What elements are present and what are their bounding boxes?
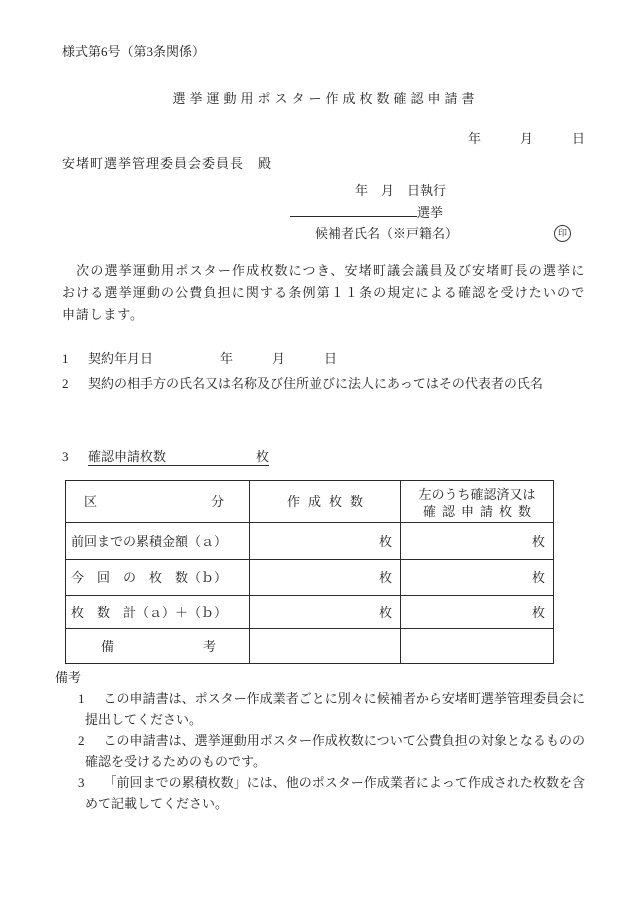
note-text: この申請書は、選挙運動用ポスター作成枚数について公費負担の対象となるものの確認を… [85,733,585,769]
table-row-total: 枚 数 計（ａ）＋（ｂ） 枚 枚 [66,596,554,629]
item-label: 契約の相手方の氏名又は名称及び住所並びに法人にあってはその代表者の氏名 [88,376,543,391]
note-item-3: 3「前回までの累積枚数」には、他のポスター作成業者によって作成された枚数を含めて… [62,772,585,814]
application-paragraph: 次の選挙運動用ポスター作成枚数につき、安堵町議会議員及び安堵町長の選挙における選… [62,260,585,326]
note-item-2: 2この申請書は、選挙運動用ポスター作成枚数について公費負担の対象となるものの確認… [62,730,585,772]
application-date-line: 年 月 日 [62,128,585,149]
item-number: 3 [62,446,88,467]
remarks-label-cell: 備 考 [66,629,250,664]
confirmed-count-cell: 枚 [401,560,554,596]
note-number: 2 [78,733,85,748]
candidate-name-label: 候補者氏名（※戸籍名） [315,226,458,241]
table-row-previous-total: 前回までの累積金額（ａ） 枚 枚 [66,523,554,560]
document-page: 様式第6号（第3条関係） 選挙運動用ポスター作成枚数確認申請書 年 月 日 安堵… [0,0,630,903]
remarks-empty-cell [401,629,554,664]
header-confirmed-count: 左のうち確認済又は 確認申請枚数 [401,481,554,523]
item-number: 2 [62,373,88,394]
header-confirmed-line2: 確認申請枚数 [401,503,553,520]
header-category-right: 分 [211,491,224,512]
seal-text: 印 [558,228,567,238]
row-label: 枚 数 計（ａ）＋（ｂ） [66,596,250,629]
election-name-blank [290,201,417,217]
addressee-line: 安堵町選挙管理委員会委員長 殿 [62,153,585,174]
requested-count-underlined: 確認申請枚数枚 [88,449,269,466]
note-number: 1 [78,691,85,706]
remarks-right: 考 [203,636,216,657]
item-number: 1 [62,348,88,369]
made-count-cell: 枚 [250,560,401,596]
made-count-cell: 枚 [250,523,401,560]
table-header-row: 区 分 作成枚数 左のうち確認済又は 確認申請枚数 [66,481,554,523]
table-row-current-count: 今 回 の 枚 数（ｂ） 枚 枚 [66,560,554,596]
notes-heading: 備考 [55,667,585,688]
election-execution-date: 年 月 日執行 [355,180,585,201]
header-confirmed-line1: 左のうち確認済又は [401,484,553,503]
row-label: 前回までの累積金額（ａ） [66,523,250,560]
item-contract-date: 1契約年月日年 月 日 [62,348,585,369]
made-count-cell: 枚 [250,596,401,629]
item-requested-count: 3確認申請枚数枚 [62,446,585,467]
table-row-remarks: 備 考 [66,629,554,664]
confirmed-count-cell: 枚 [401,596,554,629]
seal-stamp-icon: 印 [554,225,571,242]
candidate-name-line: 候補者氏名（※戸籍名） 印 [315,223,585,244]
note-item-1: 1この申請書は、ポスター作成業者ごとに別々に候補者から安堵町選挙管理委員会に提出… [62,688,585,730]
remarks-left: 備 [101,636,114,657]
header-category-left: 区 [84,491,97,512]
election-name-line: 選挙 [290,201,585,223]
row-label: 今 回 の 枚 数（ｂ） [66,560,250,596]
note-text: 「前回までの累積枚数」には、他のポスター作成業者によって作成された枚数を含めて記… [85,775,585,811]
item-label: 契約年月日 [88,351,153,366]
header-category: 区 分 [66,481,250,523]
note-text: この申請書は、ポスター作成業者ごとに別々に候補者から安堵町選挙管理委員会に提出し… [85,691,585,727]
election-label: 選挙 [417,205,443,220]
contract-date-blanks: 年 月 日 [220,351,337,366]
note-number: 3 [78,775,85,790]
poster-count-table: 区 分 作成枚数 左のうち確認済又は 確認申請枚数 前回までの累積金額（ａ） 枚… [65,480,554,664]
remarks-empty-cell [250,629,401,664]
page-title: 選挙運動用ポスター作成枚数確認申請書 [62,88,585,109]
form-number: 様式第6号（第3条関係） [62,41,585,62]
header-made-count: 作成枚数 [250,481,401,523]
confirmed-count-cell: 枚 [401,523,554,560]
item-contract-party: 2契約の相手方の氏名又は名称及び住所並びに法人にあってはその代表者の氏名 [62,373,585,394]
item-label: 確認申請枚数 [88,449,166,464]
unit-label: 枚 [256,449,269,464]
